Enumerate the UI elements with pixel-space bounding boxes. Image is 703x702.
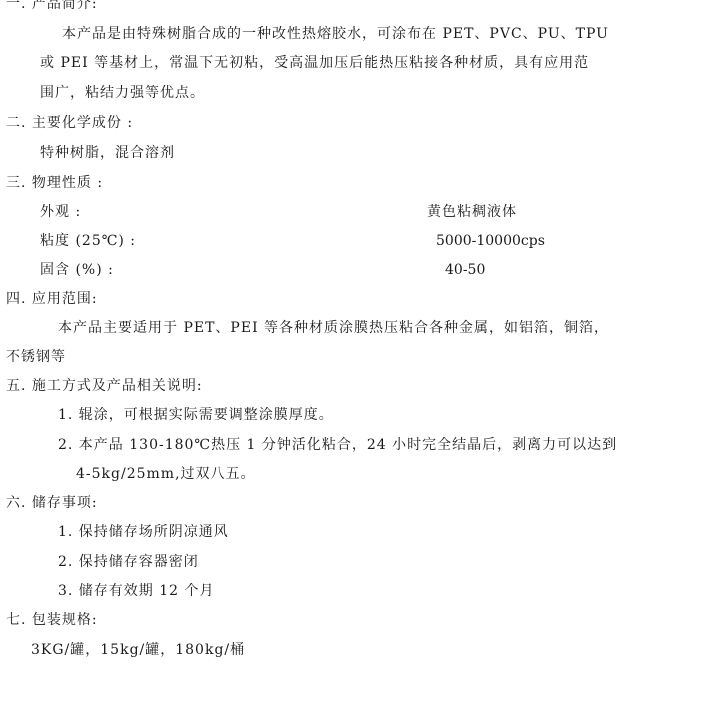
section-heading-storage: 六. 储存事项: — [6, 494, 98, 512]
composition-text: 特种树脂，混合溶剂 — [40, 144, 175, 162]
property-label-solid-content: 固含 (%) : — [40, 261, 114, 279]
storage-item-2: 2. 保持储存容器密闭 — [58, 553, 199, 571]
storage-item-3: 3. 储存有效期 12 个月 — [58, 582, 215, 600]
intro-line-3: 围广，粘结力强等优点。 — [40, 84, 205, 102]
usage-item-2: 2. 本产品 130-180℃热压 1 分钟活化粘合，24 小时完全结晶后，剥离… — [58, 436, 617, 454]
property-label-appearance: 外观 : — [40, 203, 81, 221]
property-value-appearance: 黄色粘稠液体 — [427, 203, 517, 221]
property-value-solid-content: 40-50 — [445, 261, 485, 279]
packaging-text: 3KG/罐，15kg/罐，180kg/桶 — [31, 641, 245, 659]
application-line-2: 不锈钢等 — [6, 348, 66, 366]
section-heading-properties: 三. 物理性质 : — [6, 174, 103, 192]
application-line-1: 本产品主要适用于 PET、PEI 等各种材质涂膜热压粘合各种金属，如铝箔，铜箔， — [58, 319, 609, 337]
usage-item-1: 1. 辊涂，可根据实际需要调整涂膜厚度。 — [58, 406, 334, 424]
section-heading-application: 四. 应用范围: — [6, 290, 98, 308]
section-heading-composition: 二. 主要化学成份 : — [6, 114, 133, 132]
property-label-viscosity: 粘度 (25℃) : — [40, 232, 136, 250]
section-heading-intro: 一. 产品简介: — [6, 0, 98, 13]
intro-line-1: 本产品是由特殊树脂合成的一种改性热熔胶水，可涂布在 PET、PVC、PU、TPU — [62, 25, 609, 43]
property-value-viscosity: 5000-10000cps — [436, 232, 545, 250]
storage-item-1: 1. 保持储存场所阴凉通风 — [58, 523, 229, 541]
section-heading-usage: 五. 施工方式及产品相关说明: — [6, 377, 203, 395]
intro-line-2: 或 PEI 等基材上，常温下无初粘，受高温加压后能热压粘接各种材质，具有应用范 — [40, 54, 589, 72]
section-heading-packaging: 七. 包装规格: — [6, 611, 98, 629]
usage-item-2-cont: 4-5kg/25mm,过双八五。 — [76, 465, 256, 483]
